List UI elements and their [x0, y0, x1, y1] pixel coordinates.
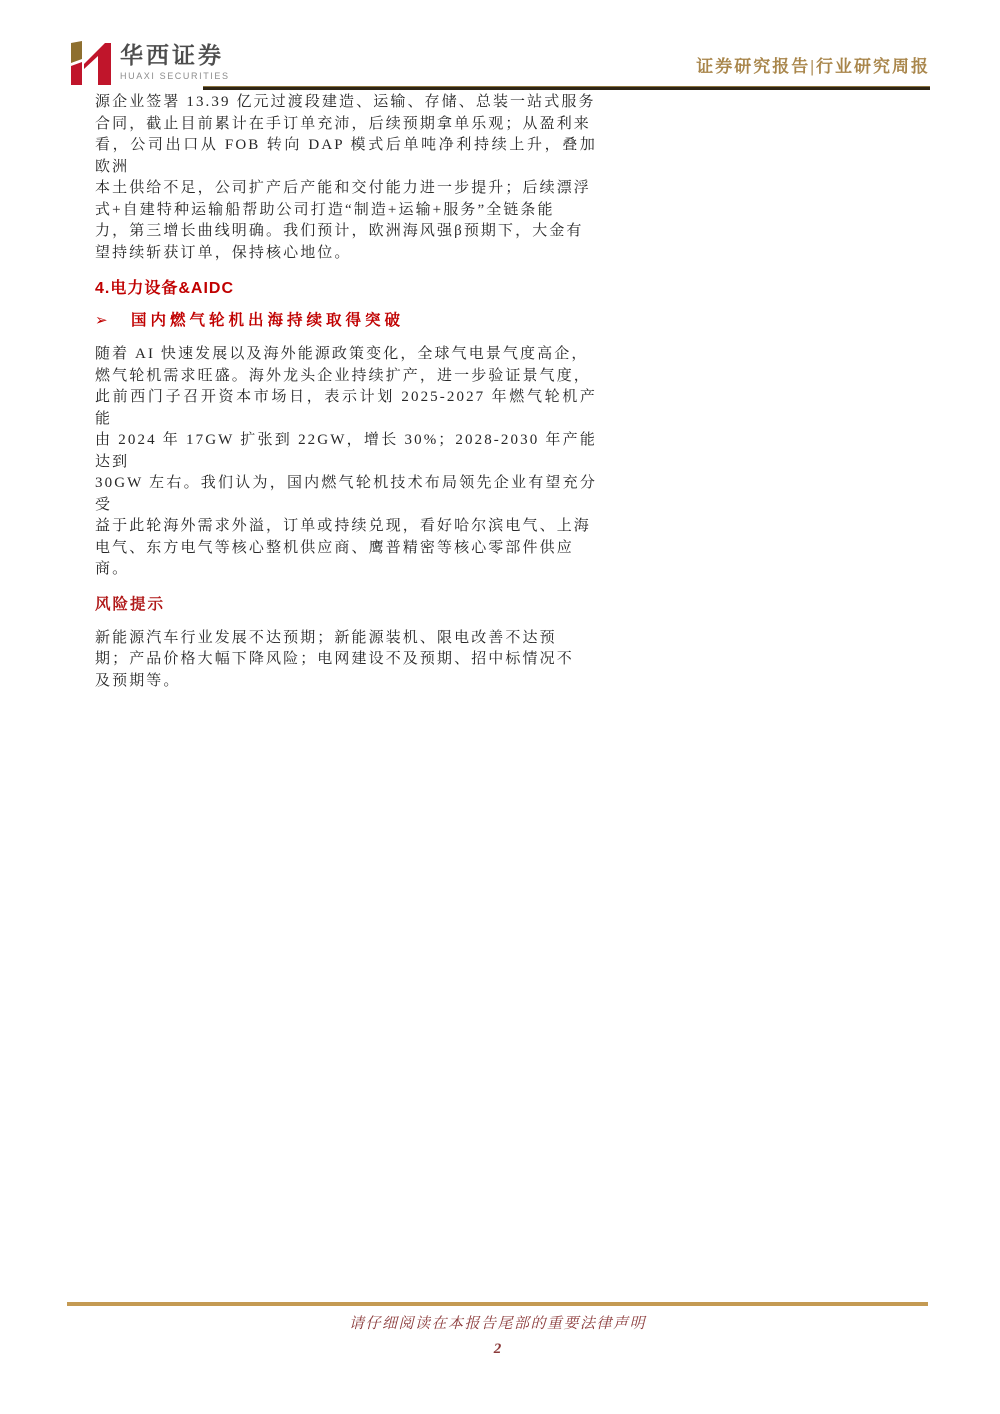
report-body: 源企业签署 13.39 亿元过渡段建造、运输、存储、总装一站式服务 合同，截止目… [95, 92, 597, 692]
huaxi-logo-icon [68, 40, 112, 86]
company-logo: 华西证券 HUAXI SECURITIES [68, 40, 230, 86]
page-number: 2 [67, 1341, 928, 1358]
section-4-bullet: ➢ 国内燃气轮机出海持续取得突破 [95, 311, 597, 331]
footer-divider [67, 1302, 928, 1306]
footer-legal-notice: 请仔细阅读在本报告尾部的重要法律声明 [67, 1312, 928, 1333]
paragraph-risk: 新能源汽车行业发展不达预期；新能源装机、限电改善不达预 期；产品价格大幅下降风险… [95, 628, 597, 693]
paragraph-offshore-wind: 源企业签署 13.39 亿元过渡段建造、运输、存储、总装一站式服务 合同，截止目… [95, 92, 597, 264]
risk-section-title: 风险提示 [95, 595, 597, 615]
logo-text: 华西证券 HUAXI SECURITIES [120, 40, 230, 81]
bullet-heading: 国内燃气轮机出海持续取得突破 [131, 311, 404, 331]
logo-name-cn: 华西证券 [120, 43, 230, 69]
paragraph-gas-turbine: 随着 AI 快速发展以及海外能源政策变化，全球气电景气度高企， 燃气轮机需求旺盛… [95, 344, 597, 581]
report-page: 华西证券 HUAXI SECURITIES 证券研究报告|行业研究周报 源企业签… [0, 0, 1000, 1414]
spacer [95, 331, 597, 344]
spacer [95, 615, 597, 628]
section-4-title: 4.电力设备&AIDC [95, 279, 597, 299]
logo-name-en: HUAXI SECURITIES [120, 71, 230, 81]
report-type-label: 证券研究报告|行业研究周报 [696, 52, 930, 77]
arrow-bullet-icon: ➢ [95, 311, 131, 331]
header-divider [203, 86, 930, 90]
